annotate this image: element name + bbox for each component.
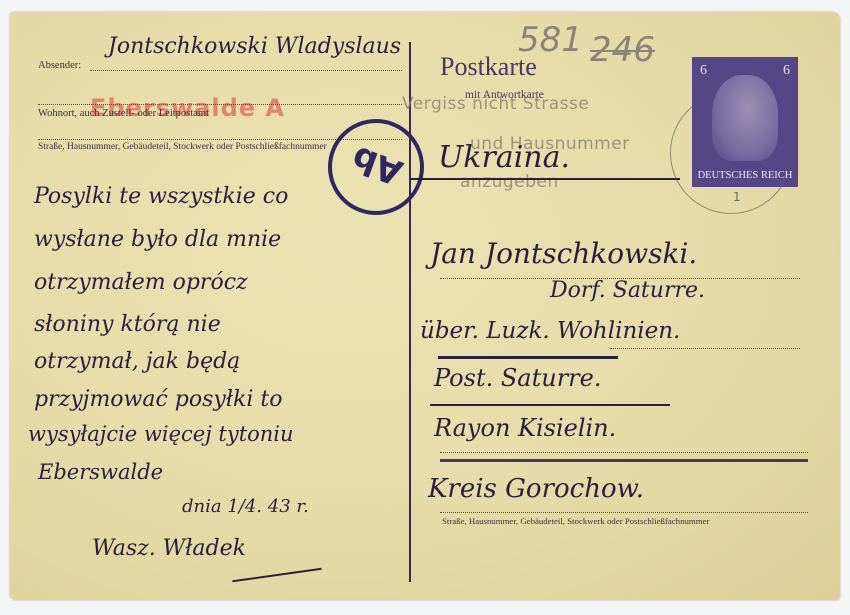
sender-name: Jontschkowski Wladyslaus: [108, 34, 401, 59]
message-line: przyjmować posyłki to: [34, 387, 282, 412]
closing-place: Eberswalde: [38, 460, 163, 484]
address-line: [610, 348, 800, 349]
message-line: Posylki te wszystkie co: [34, 184, 288, 209]
address-line: [440, 452, 808, 453]
stamp-country: DEUTSCHES REICH: [692, 170, 798, 181]
postage-stamp: 6 6 DEUTSCHES REICH: [692, 57, 798, 187]
reference-number-struck: 246: [590, 30, 655, 70]
slogan-line-1: Vergiss nicht Strasse: [402, 94, 589, 114]
recipient-country: Ukraina.: [438, 140, 570, 175]
recipient-line: Post. Saturre.: [434, 364, 601, 392]
message-line: wysłane było dla mnie: [34, 227, 281, 252]
recipient-footer-label: Straße, Hausnummer, Gebäudeteil, Stockwe…: [442, 516, 709, 526]
postmark-number: 1: [733, 190, 741, 204]
residence-label: Wohnort, auch Zustell- oder Leitpostamt: [38, 108, 209, 119]
stamp-portrait-icon: [712, 75, 778, 161]
stamp-value-right: 6: [783, 63, 790, 79]
recipient-line: über. Luzk. Wohlinien.: [420, 318, 680, 344]
message-line: otrzymał, jak będą: [34, 349, 240, 374]
sender-label: Absender:: [38, 60, 81, 71]
residence-line: [38, 104, 402, 105]
address-underline: [438, 356, 618, 359]
closing-date: dnia 1/4. 43 r.: [182, 496, 309, 517]
signature-underline: [232, 568, 321, 583]
address-underline: [430, 404, 670, 406]
recipient-line: Dorf. Saturre.: [550, 278, 705, 303]
address-line: [440, 512, 808, 513]
recipient-line: Kreis Gorochow.: [428, 474, 644, 504]
postcard: Absender: Jontschkowski Wladyslaus Ebers…: [10, 12, 840, 600]
street-label: Straße, Hausnummer, Gebäudeteil, Stockwe…: [38, 142, 327, 152]
slogan-line-3: anzugeben: [460, 172, 559, 192]
center-divider: [409, 42, 411, 582]
message-line: wysyłajcie więcej tytoniu: [28, 422, 294, 446]
address-divider: [440, 459, 808, 462]
stamp-value-left: 6: [700, 63, 707, 79]
censor-mark: Ab: [347, 138, 408, 193]
reference-number: 581: [518, 20, 583, 60]
recipient-line: Rayon Kisielin.: [434, 414, 616, 442]
recipient-line: Jan Jontschkowski.: [430, 237, 697, 270]
message-line: otrzymałem oprócz: [34, 270, 248, 295]
message-line: słoniny którą nie: [34, 312, 221, 337]
country-underline: [410, 178, 680, 180]
sender-line: [90, 70, 402, 71]
signature: Wasz. Władek: [92, 536, 246, 561]
